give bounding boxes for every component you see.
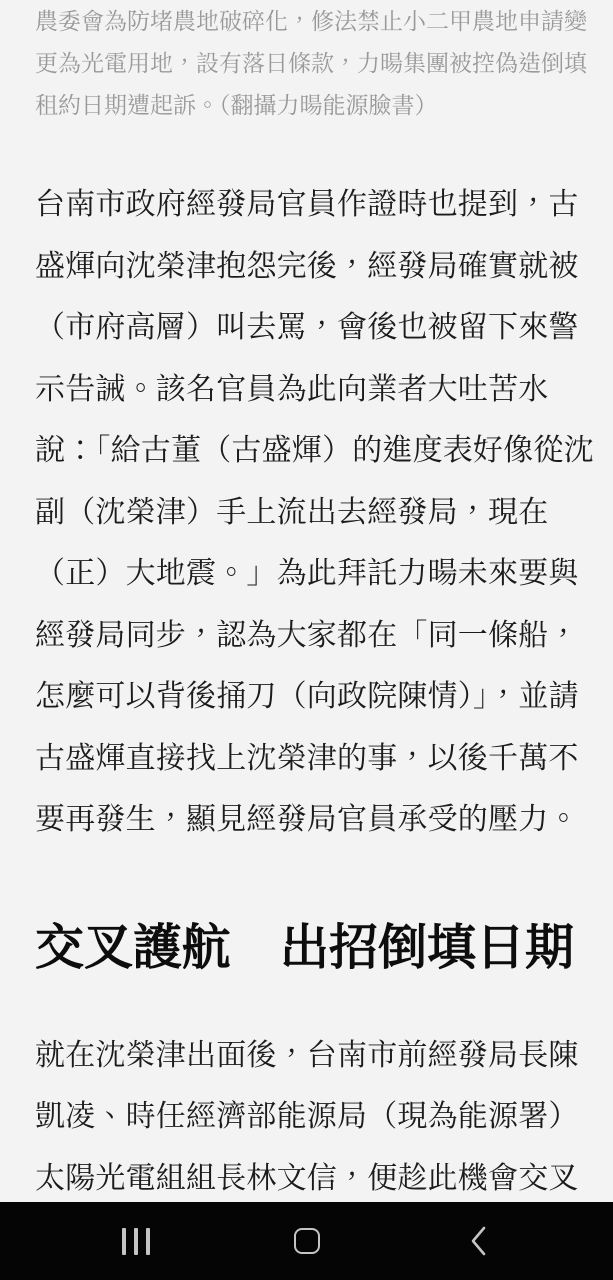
article-paragraph: 就在沈榮津出面後，台南市前經發局長陳凱凌、時任經濟部能源局（現為能源署）太陽光電… [35,1025,613,1210]
back-button[interactable] [433,1202,523,1280]
article-paragraph: 台南市政府經發局官員作證時也提到，古盛煇向沈榮津抱怨完後，經發局確實就被（市府高… [35,174,613,851]
recents-button[interactable] [91,1202,181,1280]
article-body: 農委會為防堵農地破碎化，修法禁止小二甲農地申請變更為光電用地，設有落日條款，力暘… [0,0,613,1209]
back-chevron-icon [468,1225,488,1257]
home-icon [294,1228,320,1254]
recents-icon [122,1228,150,1255]
photo-caption: 農委會為防堵農地破碎化，修法禁止小二甲農地申請變更為光電用地，設有落日條款，力暘… [35,0,613,126]
home-button[interactable] [262,1202,352,1280]
article-page: 農委會為防堵農地破碎化，修法禁止小二甲農地申請變更為光電用地，設有落日條款，力暘… [0,0,613,1280]
section-heading: 交叉護航 出招倒填日期 [35,915,613,981]
android-navigation-bar [0,1202,613,1280]
